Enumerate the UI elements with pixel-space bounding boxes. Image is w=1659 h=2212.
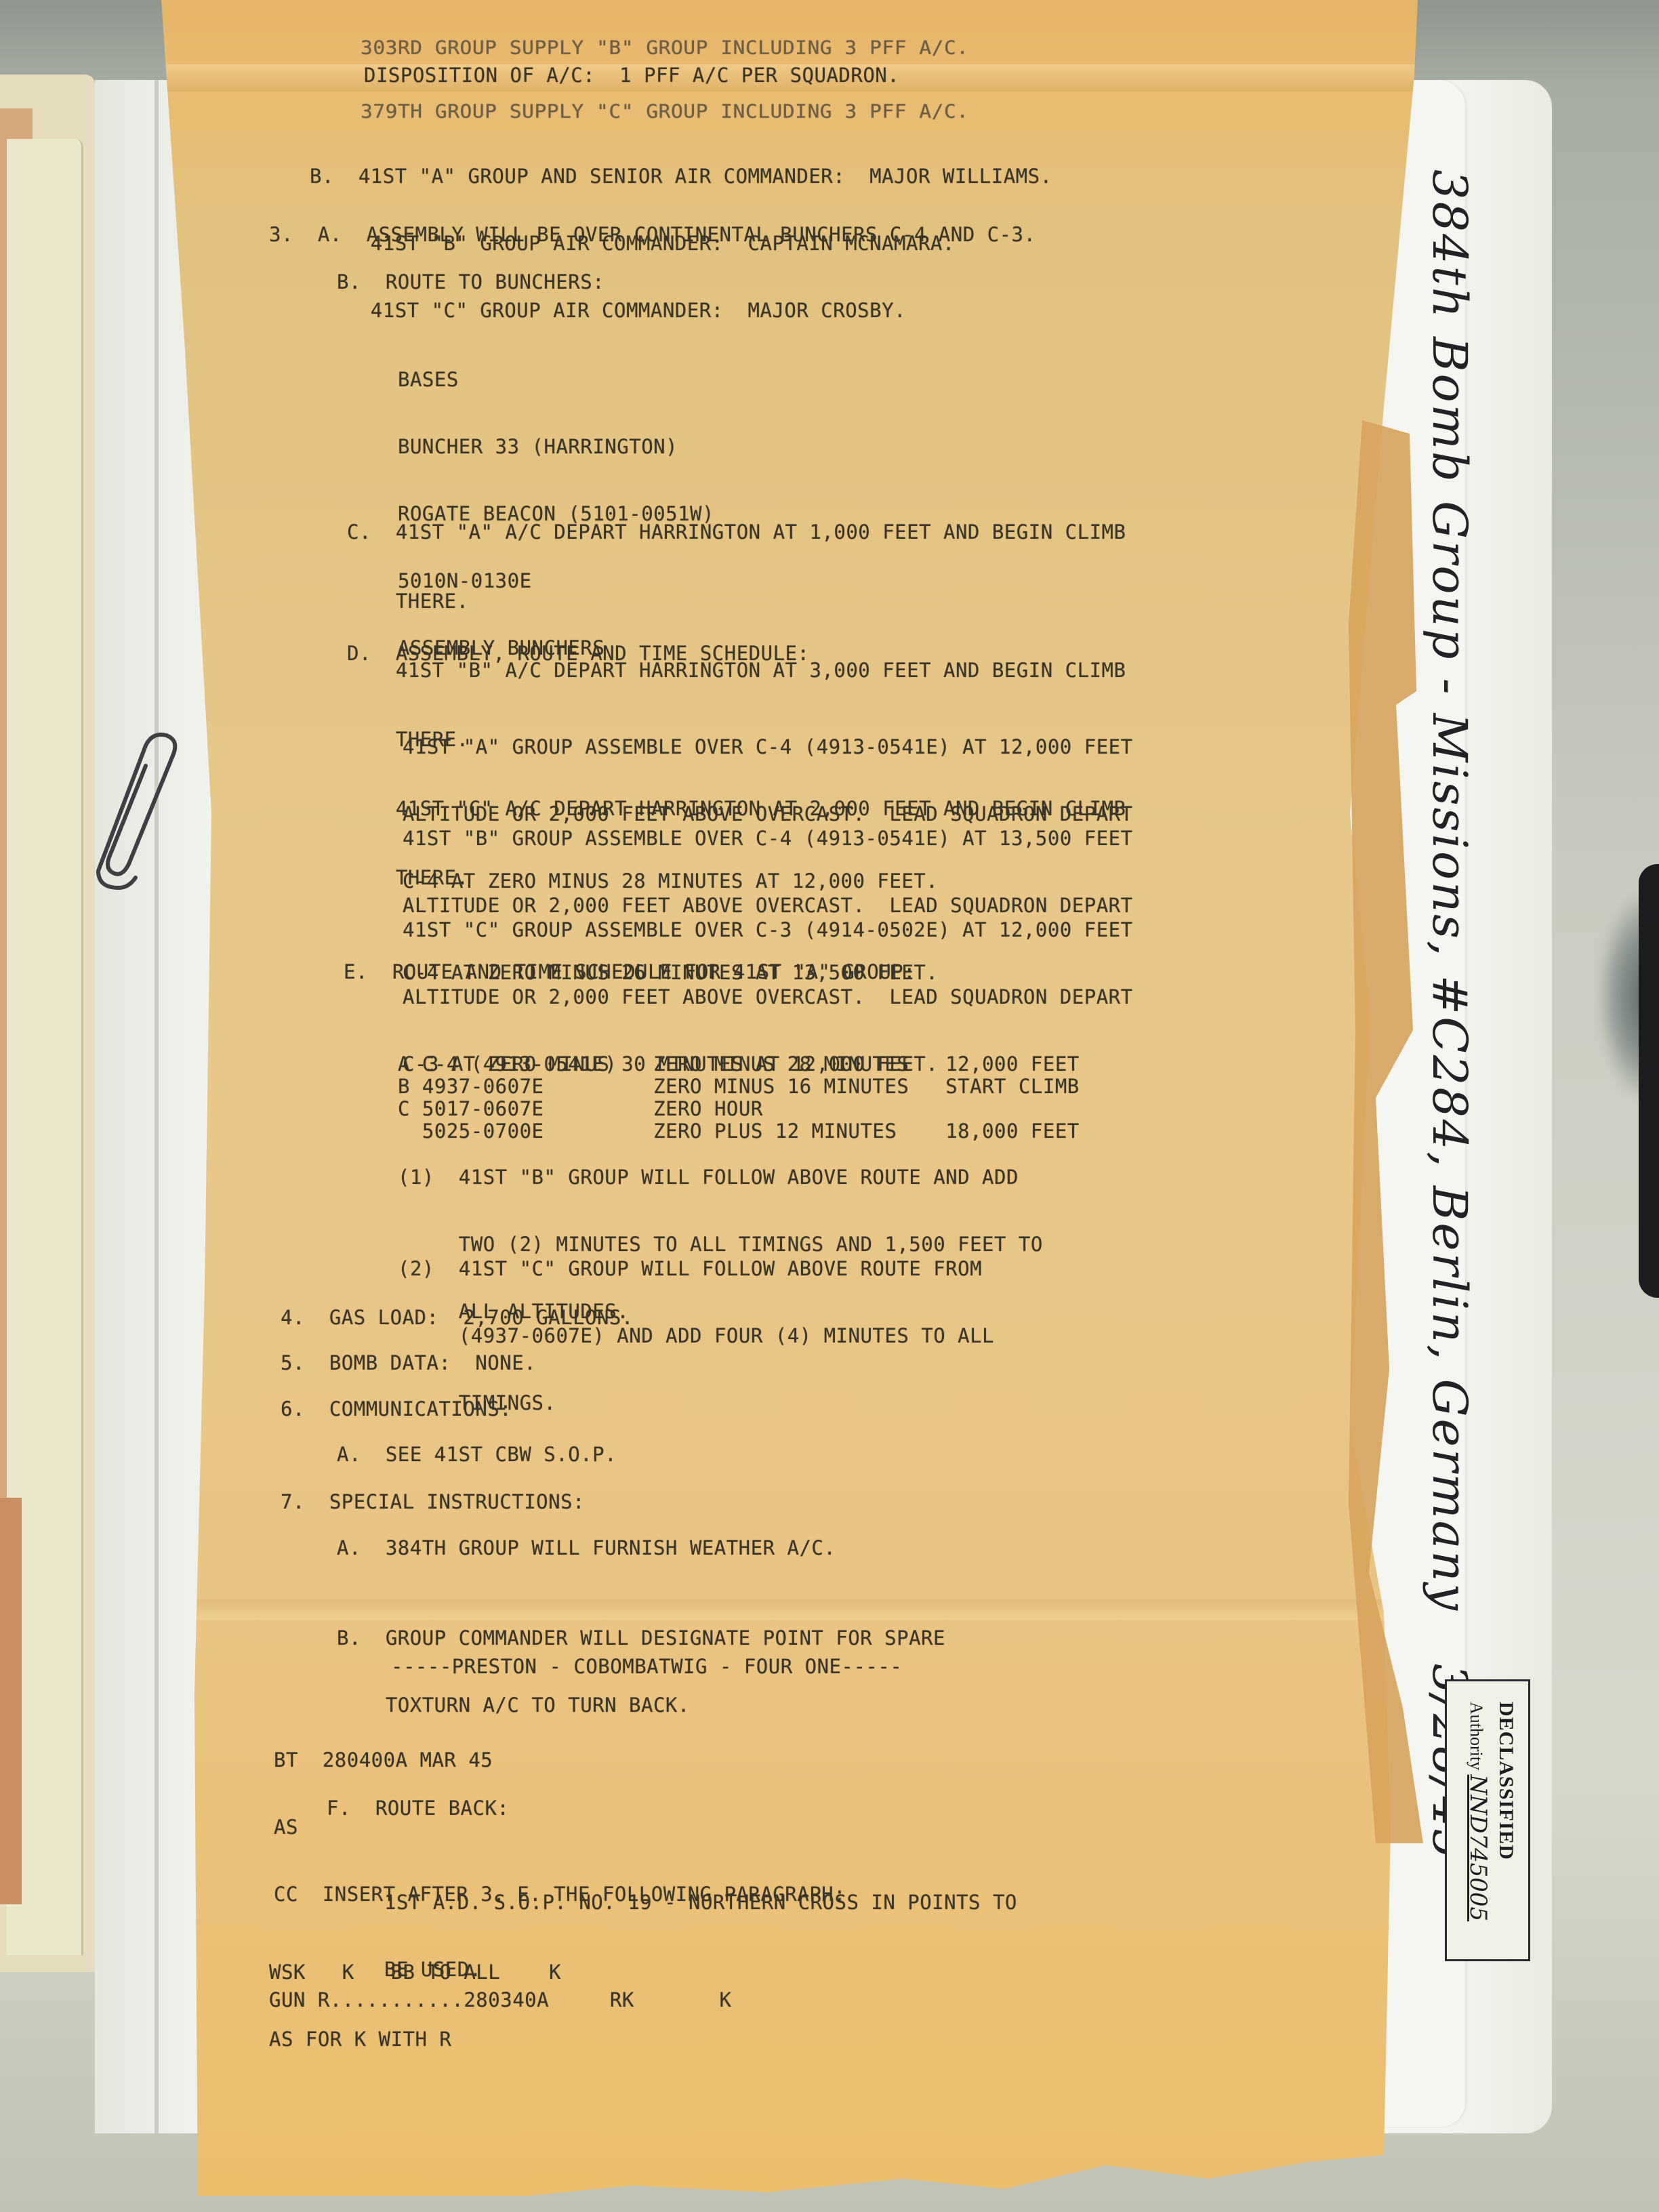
section-5-bomb-data: 5. BOMB DATA: NONE. (281, 1352, 536, 1374)
route-table-row: A C-4 (4913-0541E) ZERO MINUS 28 MINUTES… (398, 1053, 1080, 1076)
signoff-line: -----PRESTON - COBOMBATWIG - FOUR ONE---… (391, 1656, 902, 1678)
route-point: 5017-0607E (422, 1097, 653, 1120)
route-mark: C (398, 1097, 422, 1120)
stamp-authority-value: NND745005 (1465, 1775, 1492, 1922)
note-2: (2) 41ST "C" GROUP WILL FOLLOW ABOVE ROU… (398, 1213, 994, 1459)
route-altitude: 12,000 FEET (945, 1052, 1080, 1076)
section-4-gas-load: 4. GAS LOAD: 2,700 GALLONS. (281, 1307, 634, 1329)
dark-device-edge (1639, 864, 1659, 1298)
route-mark: A (398, 1052, 422, 1076)
telex-message-sheet: 303RD GROUP SUPPLY "B" GROUP INCLUDING 3… (157, 0, 1418, 2196)
route-altitude: START CLIMB (945, 1075, 1080, 1098)
receipt-line: GUN R...........280340A RK K (269, 1989, 731, 2011)
route-time: ZERO MINUS 28 MINUTES (653, 1052, 945, 1076)
route-table-row: C 5017-0607E ZERO HOUR (398, 1098, 1080, 1120)
route-mark: B (398, 1075, 422, 1098)
route-table-row: B 4937-0607E ZERO MINUS 16 MINUTES START… (398, 1076, 1080, 1098)
route-point: C-4 (4913-0541E) (422, 1052, 653, 1076)
section-3b-heading: B. ROUTE TO BUNCHERS: (337, 271, 605, 293)
stamp-authority-label: Authority (1467, 1702, 1486, 1770)
route-time: ZERO HOUR (653, 1097, 945, 1120)
section-6-communications: 6. COMMUNICATIONS: (281, 1398, 512, 1420)
section-3d-heading: D. ASSEMBLY, ROUTE AND TIME SCHEDULE: (347, 642, 809, 665)
stamp-title: DECLASSIFIED (1494, 1702, 1517, 1946)
declassified-stamp: DECLASSIFIED Authority NND745005 (1445, 1679, 1530, 1961)
paper-clip-icon (71, 718, 180, 895)
folder-handwritten-label: 384th Bomb Group - Missions, #C284, Berl… (1422, 169, 1477, 1457)
section-3e-heading: E. ROUTE AND TIME SCHEDULE FOR 41ST "A" … (344, 961, 916, 983)
section-7a: A. 384TH GROUP WILL FURNISH WEATHER A/C. (337, 1537, 836, 1559)
section-3f-heading: F. ROUTE BACK: (327, 1797, 509, 1820)
section-6a: A. SEE 41ST CBW S.O.P. (337, 1443, 617, 1466)
folder-crease (155, 80, 159, 2133)
route-time: ZERO MINUS 16 MINUTES (653, 1075, 945, 1098)
section-7-special-instructions: 7. SPECIAL INSTRUCTIONS: (281, 1491, 585, 1513)
route-point: 4937-0607E (422, 1075, 653, 1098)
disposition-line: DISPOSITION OF A/C: 1 PFF A/C PER SQUADR… (364, 64, 899, 87)
section-3a: 3. A. ASSEMBLY WILL BE OVER CONTINENTAL … (269, 224, 1036, 246)
